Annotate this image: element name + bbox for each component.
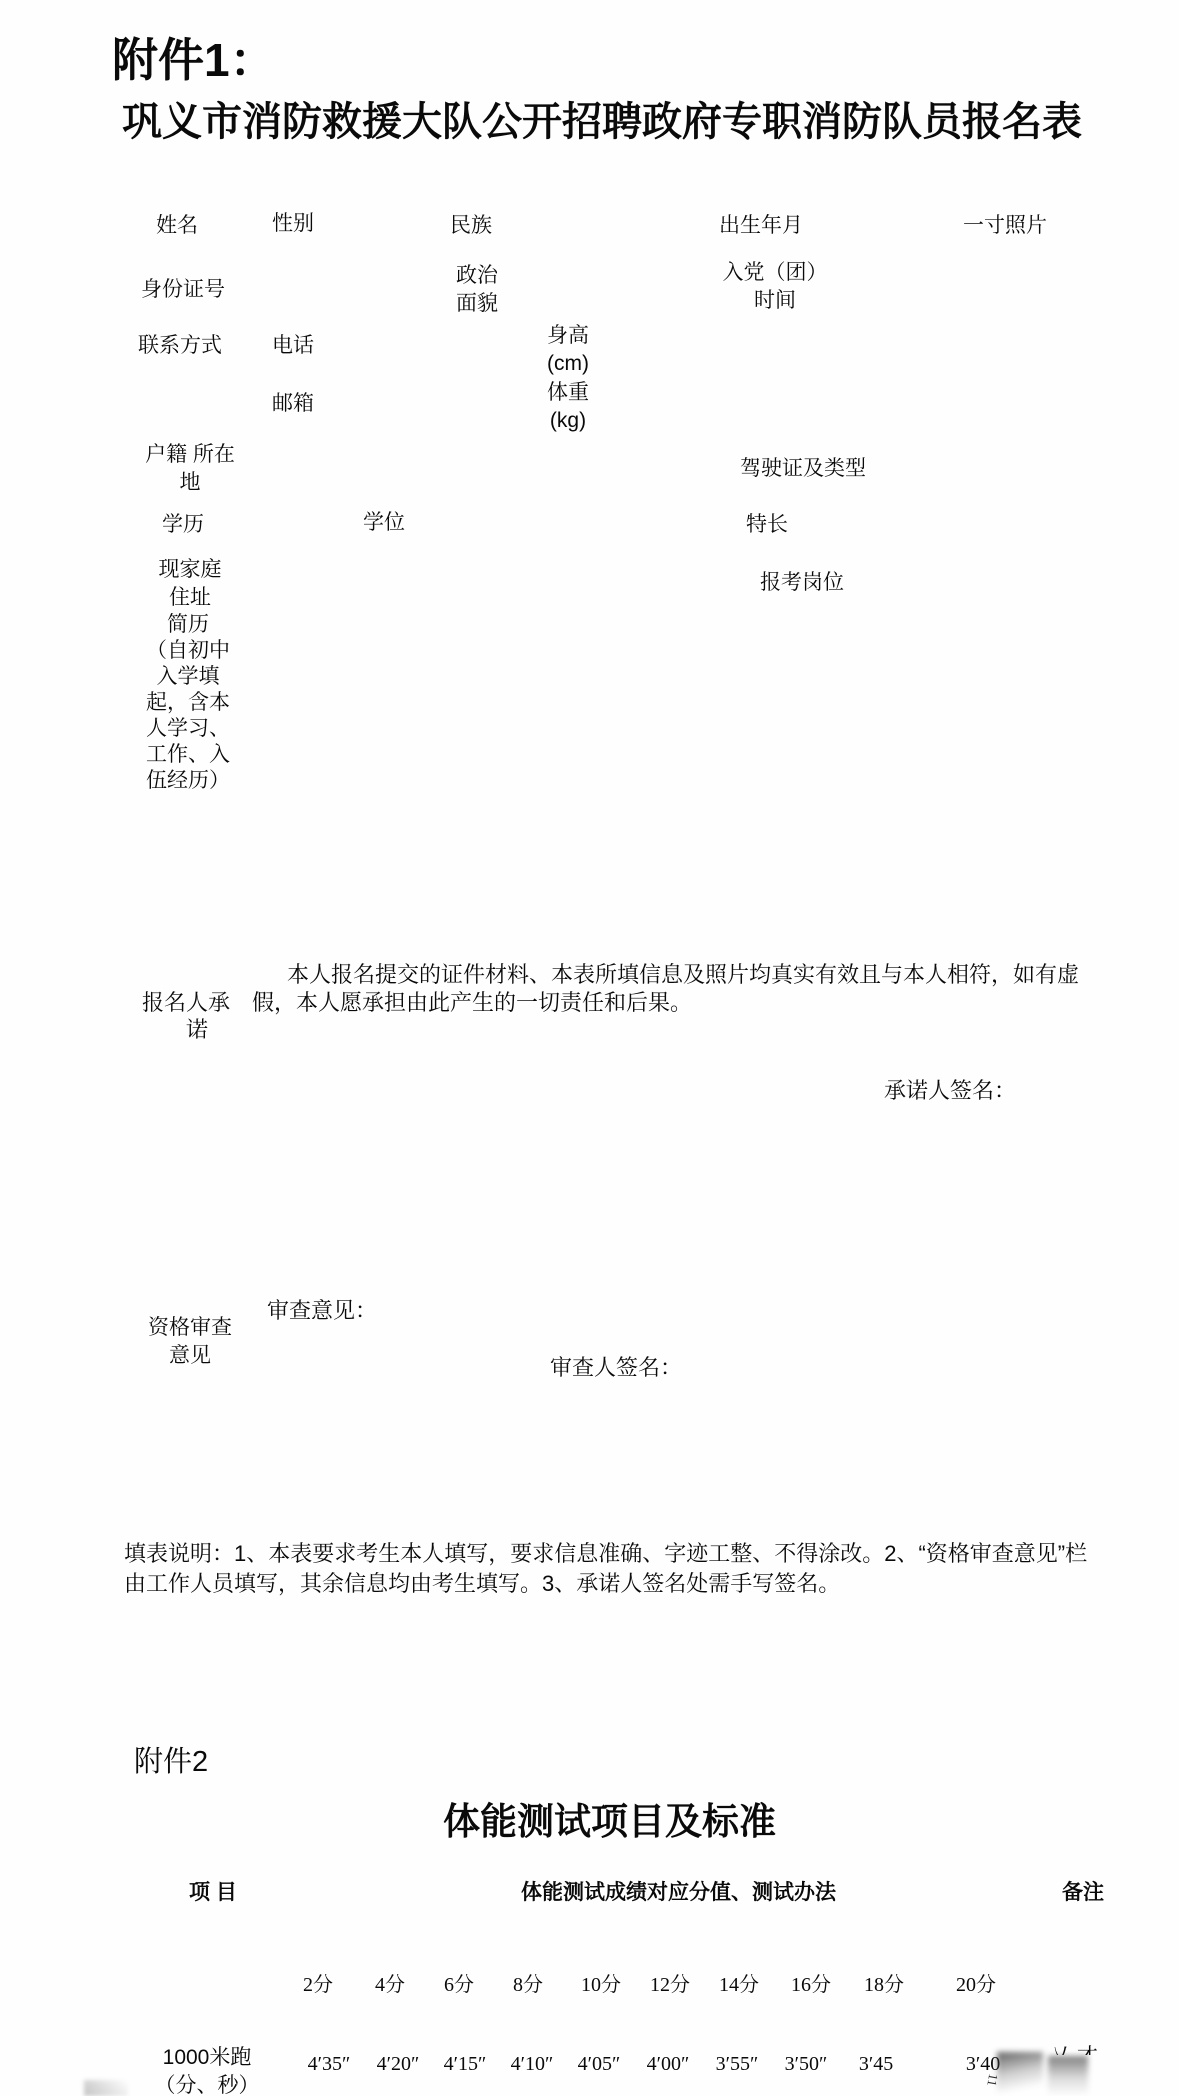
score-header: 2分: [303, 1968, 333, 1997]
attachment2-label: 附件2: [134, 1746, 208, 1779]
field-label-education: 学历: [162, 513, 204, 537]
run-time-value: 4′10″: [511, 2053, 554, 2076]
review-opinion-label: 审查意见：: [267, 1298, 377, 1323]
run-time-value: 3′55″: [716, 2053, 759, 2076]
page-title: 巩义市消防救援大队公开招聘政府专职消防队员报名表: [122, 99, 1082, 145]
score-header: 14分: [719, 1968, 759, 1997]
field-label-photo: 一寸照片: [963, 214, 1047, 238]
score-header: 10分: [581, 1968, 621, 1997]
score-header: 12分: [650, 1968, 690, 1997]
field-label-phone: 电话: [272, 334, 314, 358]
field-label-resume: 简历 （自初中 入学填 起，含本 人学习、 工作、入 伍经历）: [136, 612, 240, 794]
column-header-item: 项 目: [189, 1881, 237, 1905]
run-time-value: 4′35″: [308, 2053, 351, 2076]
fitness-table-title: 体能测试项目及标准: [443, 1801, 776, 1844]
pledge-signature-label: 承诺人签名：: [884, 1078, 1016, 1103]
instructions-line2: 由工作人员填写，其余信息均由考生填写。3、承诺人签名处需手写签名。: [124, 1571, 840, 1596]
score-header: 8分: [513, 1968, 543, 1997]
scanned-document: 附件1： 巩义市消防救援大队公开招聘政府专职消防队员报名表 姓名 性别 民族 出…: [0, 0, 1179, 2096]
run-time-value: 3′45: [859, 2053, 893, 2076]
field-label-name: 姓名: [156, 214, 198, 238]
row-label-1000m-run: 1000米跑 （分、秒）: [155, 2044, 260, 2096]
clipped-text-fragment: 乂 才: [1050, 2040, 1098, 2055]
field-label-gender: 性别: [272, 212, 314, 236]
score-header: 20分: [956, 1968, 996, 1997]
score-header: 16分: [791, 1968, 831, 1997]
score-header: 6分: [444, 1968, 474, 1997]
pledge-label-line2: 诺: [186, 1017, 208, 1042]
field-label-birth-date: 出生年月: [719, 214, 803, 238]
review-signature-label: 审查人签名：: [550, 1355, 682, 1380]
score-header: 18分: [864, 1968, 904, 1997]
field-label-specialty: 特长: [746, 513, 788, 537]
pledge-text-line1: 本人报名提交的证件材料、本表所填信息及照片均真实有效且与本人相符，如有虚: [287, 962, 1079, 987]
field-label-applied-position: 报考岗位: [760, 571, 844, 595]
scan-smudge: [1048, 2056, 1088, 2096]
pledge-label-line1: 报名人承: [142, 990, 230, 1015]
pledge-text-line2: 假，本人愿承担由此产生的一切责任和后果。: [252, 990, 692, 1015]
run-time-value: 4′20″: [377, 2053, 420, 2076]
field-label-email: 邮箱: [272, 392, 314, 416]
run-time-value: 3′40: [966, 2053, 1000, 2076]
scan-smudge: [997, 2052, 1043, 2096]
review-section-label: 资格审查 意见: [148, 1314, 232, 1369]
scan-smudge: [84, 2080, 128, 2096]
attachment1-label: 附件1：: [112, 34, 276, 87]
field-label-degree: 学位: [363, 511, 405, 535]
field-label-household-registry: 户籍 所在 地: [145, 441, 235, 496]
field-label-height: 身高 (cm): [547, 322, 589, 377]
field-label-weight: 体重 (kg): [547, 379, 589, 434]
field-label-home-address: 现家庭 住址: [159, 556, 222, 611]
field-label-contact: 联系方式: [138, 334, 222, 358]
column-header-scores: 体能测试成绩对应分值、测试办法: [521, 1881, 836, 1905]
field-label-ethnicity: 民族: [450, 214, 492, 238]
field-label-party-join-time: 入党（团） 时间: [723, 259, 828, 314]
field-label-id-number: 身份证号: [141, 278, 225, 302]
score-header: 4分: [375, 1968, 405, 1997]
run-time-value: 4′15″: [444, 2053, 487, 2076]
run-time-value: 3′50″: [785, 2053, 828, 2076]
field-label-drivers-license: 驾驶证及类型: [740, 457, 866, 481]
run-time-value: 4′00″: [647, 2053, 690, 2076]
field-label-political-status: 政治 面貌: [456, 262, 498, 317]
instructions-line1: 填表说明：1、本表要求考生本人填写，要求信息准确、字迹工整、不得涂改。2、“资格…: [124, 1541, 1087, 1566]
run-time-value: 4′05″: [578, 2053, 621, 2076]
column-header-note: 备注: [1062, 1881, 1104, 1905]
